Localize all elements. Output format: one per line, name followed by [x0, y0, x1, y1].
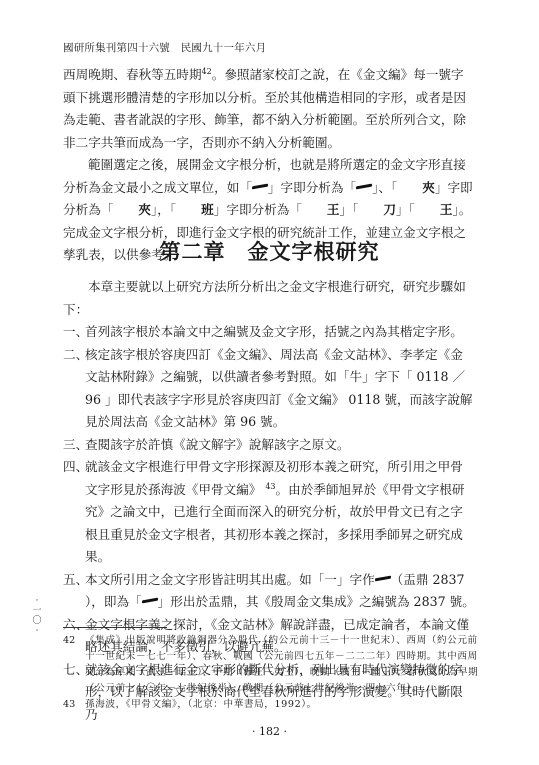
paragraph-text: 西周晚期、春秋等五時期 — [63, 67, 202, 82]
bronze-glyph-yi-icon — [142, 598, 158, 604]
paragraph-text: 」字即分析為「 — [214, 202, 302, 217]
step-number: 四、 — [63, 456, 85, 569]
bronze-glyph-jia-icon: 夾 — [113, 199, 151, 222]
footnote-number: 42 — [63, 633, 85, 697]
chapter-number: 第二章 — [160, 240, 226, 264]
list-item: 二、 核定該字根於容庚四訂《金文編》、周法高《金文詁林》、李孝定《金文詁林附錄》… — [63, 344, 475, 434]
step-text: 查閱該字於許慎《說文解字》說解該字之原文。 — [85, 434, 475, 457]
footnote-43: 43 孫海波，《甲骨文編》，（北京：中華書局，1992）。 — [63, 697, 483, 713]
step-text: 就該金文字根進行甲骨文字形探源及初形本義之研究，所引用之甲骨文字形見於孫海波《甲… — [85, 456, 475, 569]
bronze-glyph-wang-icon: 王 — [415, 199, 453, 222]
chapter-name: 金文字根研究 — [248, 240, 380, 264]
paragraph-text: 」「 — [396, 202, 415, 217]
step-number: 五、 — [63, 569, 85, 614]
step-text: 核定該字根於容庚四訂《金文編》、周法高《金文詁林》、李孝定《金文詁林附錄》之編號… — [85, 344, 475, 434]
bronze-glyph-yi-icon — [375, 575, 391, 581]
step-number: 三、 — [63, 434, 85, 457]
page-number: · 182 · — [0, 725, 539, 738]
footnote-divider — [63, 627, 167, 628]
paragraph-text: 」、「 — [372, 180, 397, 195]
step-text-part: 本文所引用之金文字形皆註明其出處。如「一」字作 — [85, 572, 375, 587]
paragraph-3: 本章主要就以上研究方法所分析出之金文字根進行研究，研究步驟如下： — [63, 276, 475, 321]
footnote-42: 42 《集成》出版說明將收錄銅器分為殷代（約公元前十三－十一世紀末）、西周（約公… — [63, 633, 483, 697]
bronze-glyph-dao-icon: 刀 — [358, 199, 396, 222]
margin-dot: · — [32, 626, 42, 636]
step-text: 本文所引用之金文字形皆註明其出處。如「一」字作（盂鼎 2837 ），即為「」形出… — [85, 569, 475, 614]
footnote-ref-42[interactable]: 42 — [202, 67, 212, 76]
paragraph-text: 」字即分析為「 — [268, 180, 356, 195]
list-item: 四、 就該金文字根進行甲骨文字形探源及初形本義之研究，所引用之甲骨文字形見於孫海… — [63, 456, 475, 569]
list-item: 一、 首列該字根於本論文中之編號及金文字形，括號之內為其楷定字形。 — [63, 321, 475, 344]
step-number: 二、 — [63, 344, 85, 434]
bronze-glyph-yi-icon — [356, 183, 372, 189]
bronze-glyph-yi-icon — [252, 183, 268, 189]
margin-char: 〇 — [32, 616, 42, 626]
bronze-glyph-ban-icon: 班 — [176, 199, 214, 222]
footnotes: 42 《集成》出版說明將收錄銅器分為殷代（約公元前十三－十一世紀末）、西周（約公… — [63, 633, 483, 713]
margin-section-mark: · 一 〇 · — [32, 596, 42, 636]
footnote-ref-43[interactable]: 43 — [265, 482, 275, 491]
step-number: 一、 — [63, 321, 85, 344]
paragraph-1: 西周晚期、春秋等五時期42。參照諸家校訂之說，在《金文編》每一號字頭下挑選形體清… — [63, 64, 475, 154]
footnote-text: 孫海波，《甲骨文編》，（北京：中華書局，1992）。 — [85, 697, 483, 713]
margin-dot: · — [32, 596, 42, 606]
list-item: 五、 本文所引用之金文字形皆註明其出處。如「一」字作（盂鼎 2837 ），即為「… — [63, 569, 475, 614]
footnote-text: 《集成》出版說明將收錄銅器分為殷代（約公元前十三－十一世紀末）、西周（約公元前十… — [85, 633, 483, 697]
margin-char: 一 — [32, 606, 42, 616]
chapter-title: 第二章金文字根研究 — [0, 236, 539, 266]
bronze-glyph-jia-icon: 夾 — [397, 177, 435, 200]
bronze-glyph-wang-icon: 王 — [302, 199, 340, 222]
paragraph-text: 」，「 — [151, 202, 176, 217]
step-text: 首列該字根於本論文中之編號及金文字形，括號之內為其楷定字形。 — [85, 321, 475, 344]
paragraph-text: 」「 — [340, 202, 359, 217]
running-head: 國研所集刊第四十六號 民國九十一年六月 — [63, 40, 266, 55]
footnote-number: 43 — [63, 697, 85, 713]
list-item: 三、 查閱該字於許慎《說文解字》說解該字之原文。 — [63, 434, 475, 457]
step-text-part: 」形出於盂鼎，其《殷周金文集成》之編號為 2837 號。 — [158, 594, 475, 609]
